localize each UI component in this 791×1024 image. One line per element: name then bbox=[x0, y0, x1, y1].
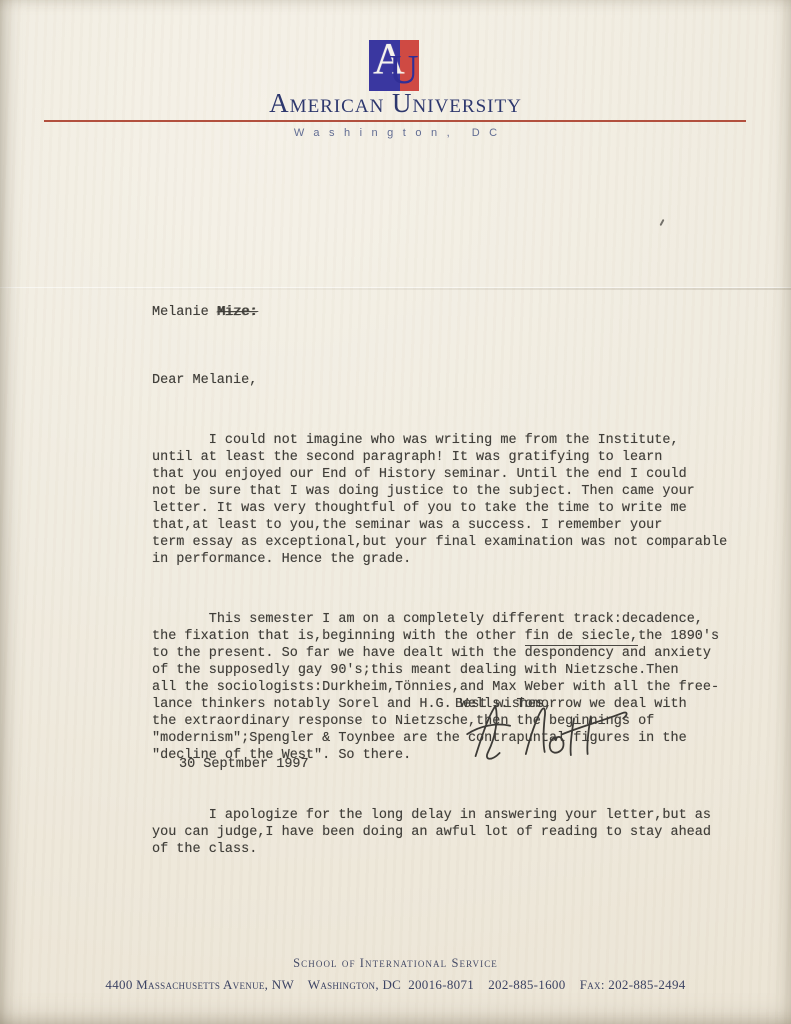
university-name: American University bbox=[0, 88, 791, 119]
header-rule bbox=[44, 120, 746, 122]
greeting-line: Dear Melanie, bbox=[152, 373, 767, 390]
paragraph-3: I apologize for the long delay in answer… bbox=[152, 808, 767, 859]
scan-artifact-mark bbox=[659, 219, 664, 226]
signature-stroke bbox=[476, 706, 496, 756]
underlined-phrase: fin de siecle, bbox=[525, 629, 638, 646]
signature-stroke bbox=[562, 713, 626, 735]
signature-stroke bbox=[467, 725, 510, 735]
au-logo: A U bbox=[369, 40, 419, 91]
salutation-overstruck-name: Mize: bbox=[217, 305, 258, 320]
paragraph-1: I could not imagine who was writing me f… bbox=[152, 433, 767, 568]
address-line: 4400 Massachusetts Avenue, NW Washington… bbox=[0, 977, 791, 993]
letter-body: Melanie Mize: Dear Melanie, I could not … bbox=[152, 271, 767, 903]
handwritten-signature bbox=[463, 699, 641, 763]
signature-stroke bbox=[587, 716, 590, 754]
signature-stroke bbox=[571, 718, 574, 755]
salutation-line: Melanie Mize: bbox=[152, 305, 767, 322]
logo-letter-u: U bbox=[389, 49, 419, 90]
paragraph-2: This semester I am on a completely diffe… bbox=[152, 612, 767, 764]
school-name: School of International Service bbox=[0, 956, 791, 971]
scanned-letter-page: A U American University Washington, DC M… bbox=[0, 0, 791, 1024]
salutation-name: Melanie bbox=[152, 305, 217, 320]
university-location: Washington, DC bbox=[0, 127, 791, 139]
signature-stroke bbox=[550, 737, 564, 753]
date-line: 30 Septmber 1997 bbox=[179, 757, 309, 774]
signature-stroke bbox=[487, 706, 500, 759]
signature-stroke bbox=[526, 708, 545, 754]
